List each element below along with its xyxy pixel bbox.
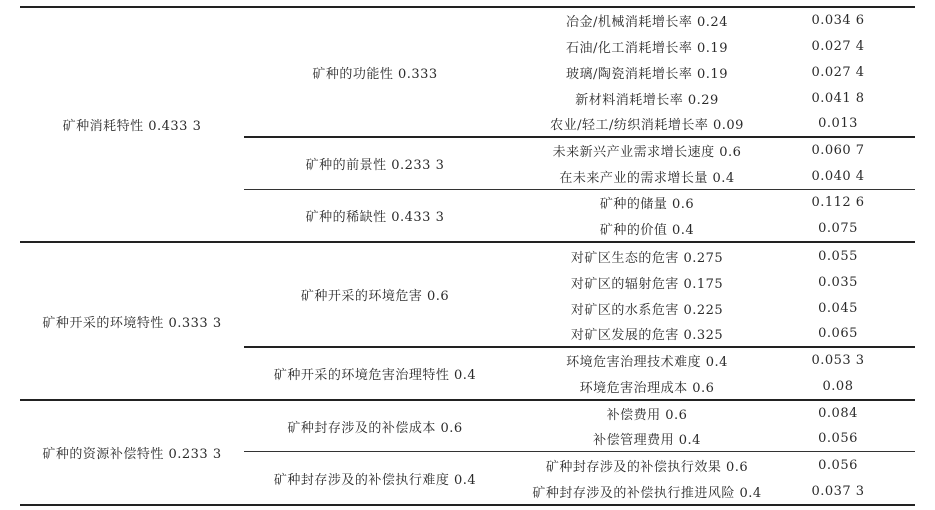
indicator-weight: 0.041 8 — [788, 85, 888, 111]
indicator-weight: 0.084 — [788, 401, 888, 426]
indicator: 矿种的储量 0.6 — [506, 190, 788, 215]
criterion-level2: 矿种封存涉及的补偿成本 0.6 — [244, 401, 506, 451]
indicator-weight: 0.08 — [788, 373, 888, 399]
indicator-weight: 0.027 4 — [788, 59, 888, 85]
indicator: 对矿区发展的危害 0.325 — [506, 321, 788, 346]
indicator-weight: 0.056 — [788, 452, 888, 478]
indicator: 新材料消耗增长率 0.29 — [506, 85, 788, 111]
indicator: 环境危害治理成本 0.6 — [506, 373, 788, 399]
indicator-weight: 0.075 — [788, 215, 888, 241]
indicator: 补偿费用 0.6 — [506, 401, 788, 426]
indicator-weight: 0.112 6 — [788, 190, 888, 215]
indicator: 矿种的价值 0.4 — [506, 215, 788, 241]
criterion-level2: 矿种的前景性 0.233 3 — [244, 138, 506, 189]
indicator: 矿种封存涉及的补偿执行效果 0.6 — [506, 452, 788, 478]
indicator-weight: 0.035 — [788, 269, 888, 295]
criterion-level2: 矿种的稀缺性 0.433 3 — [244, 190, 506, 241]
indicator: 冶金/机械消耗增长率 0.24 — [506, 8, 788, 33]
indicator: 对矿区的水系危害 0.225 — [506, 295, 788, 321]
indicator-weight: 0.013 — [788, 111, 888, 136]
indicator-weight: 0.053 3 — [788, 348, 888, 373]
indicator: 对矿区的辐射危害 0.175 — [506, 269, 788, 295]
indicator: 在未来产业的需求增长量 0.4 — [506, 163, 788, 189]
indicator-weight: 0.060 7 — [788, 138, 888, 163]
indicator: 未来新兴产业需求增长速度 0.6 — [506, 138, 788, 163]
criterion-level1: 矿种开采的环境特性 0.333 3 — [20, 243, 244, 399]
indicator: 石油/化工消耗增长率 0.19 — [506, 33, 788, 59]
indicator-weight: 0.040 4 — [788, 163, 888, 189]
indicator: 矿种封存涉及的补偿执行推进风险 0.4 — [506, 478, 788, 504]
indicator: 玻璃/陶瓷消耗增长率 0.19 — [506, 59, 788, 85]
criterion-level2: 矿种开采的环境危害 0.6 — [244, 243, 506, 346]
indicator-weight: 0.056 — [788, 426, 888, 451]
criterion-level2: 矿种封存涉及的补偿执行难度 0.4 — [244, 452, 506, 504]
indicator-weight: 0.055 — [788, 243, 888, 269]
indicator-weight: 0.045 — [788, 295, 888, 321]
indicator-weight: 0.027 4 — [788, 33, 888, 59]
bottom-rule — [20, 504, 915, 506]
indicator-weight: 0.065 — [788, 321, 888, 346]
indicator: 环境危害治理技术难度 0.4 — [506, 348, 788, 373]
indicator: 农业/轻工/纺织消耗增长率 0.09 — [506, 111, 788, 136]
indicator: 补偿管理费用 0.4 — [506, 426, 788, 451]
criterion-level1: 矿种的资源补偿特性 0.233 3 — [20, 401, 244, 504]
indicator: 对矿区生态的危害 0.275 — [506, 243, 788, 269]
criterion-level2: 矿种的功能性 0.333 — [244, 8, 506, 136]
criterion-level1: 矿种消耗特性 0.433 3 — [20, 8, 244, 241]
indicator-weight: 0.037 3 — [788, 478, 888, 504]
indicator-weight: 0.034 6 — [788, 8, 888, 33]
criterion-level2: 矿种开采的环境危害治理特性 0.4 — [244, 348, 506, 399]
